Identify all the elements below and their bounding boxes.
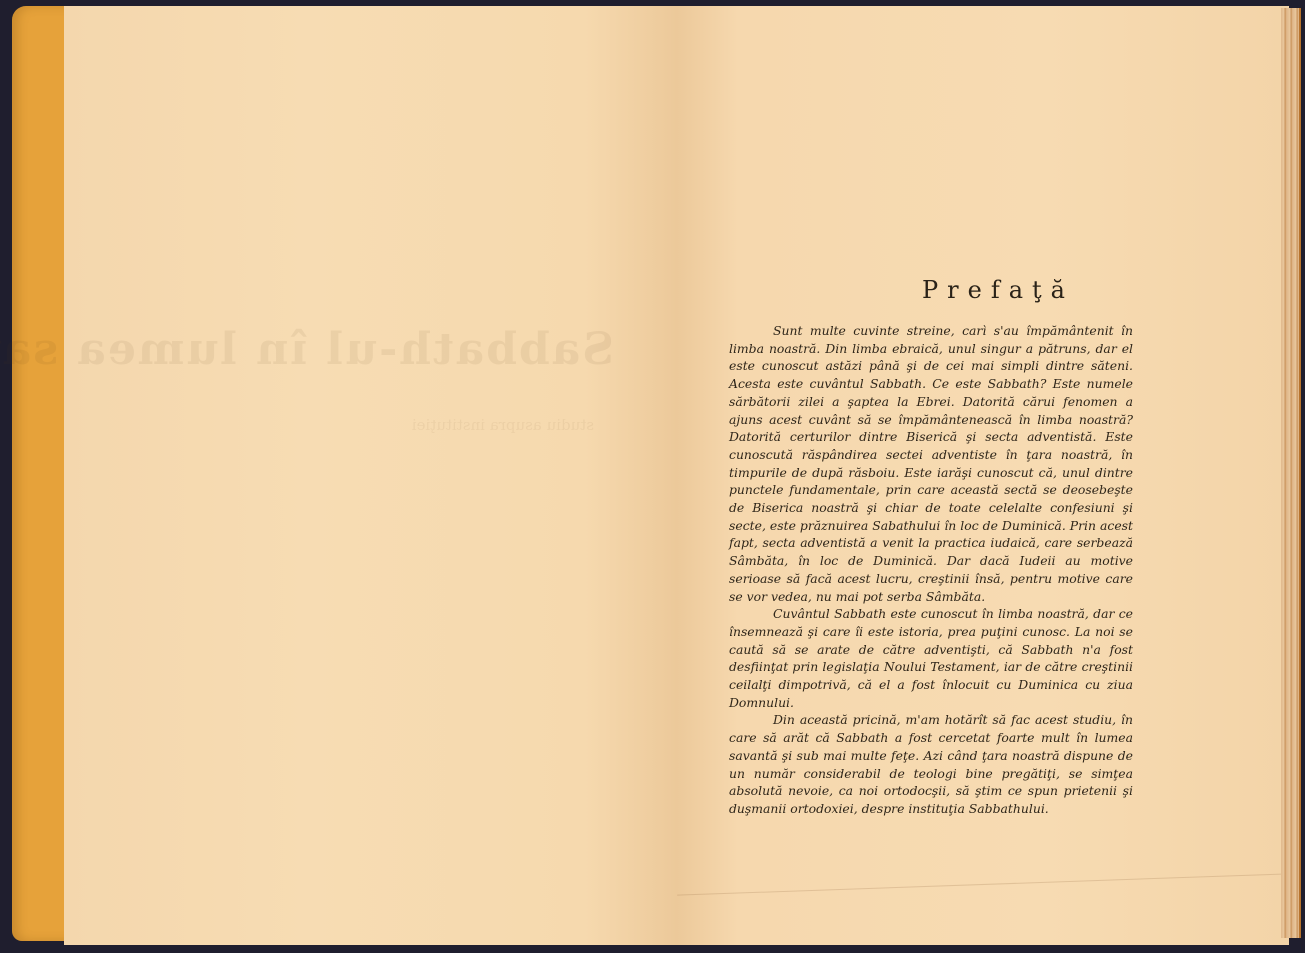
- page-edges: [1281, 8, 1301, 938]
- paragraph: Cuvântul Sabbath este cunoscut în limba …: [729, 605, 1133, 711]
- paragraph: Sunt multe cuvinte streine, carì s'au îm…: [729, 322, 1133, 605]
- paragraph: Din această pricină, m'am hotărît să fac…: [729, 711, 1133, 817]
- right-page: Prefaţă Sunt multe cuvinte streine, carì…: [677, 6, 1289, 945]
- page-title: Prefaţă: [677, 276, 1289, 304]
- bleed-through-subtitle: studiu asupra instituţiei: [314, 416, 594, 434]
- bleed-through-title: Sabbath-ul în lumea savantă: [234, 324, 614, 384]
- left-page: Sabbath-ul în lumea savantă studiu asupr…: [64, 6, 678, 945]
- page-crease: [677, 873, 1289, 895]
- book-scan: Sabbath-ul în lumea savantă studiu asupr…: [0, 0, 1305, 953]
- preface-body: Sunt multe cuvinte streine, carì s'au îm…: [729, 322, 1133, 818]
